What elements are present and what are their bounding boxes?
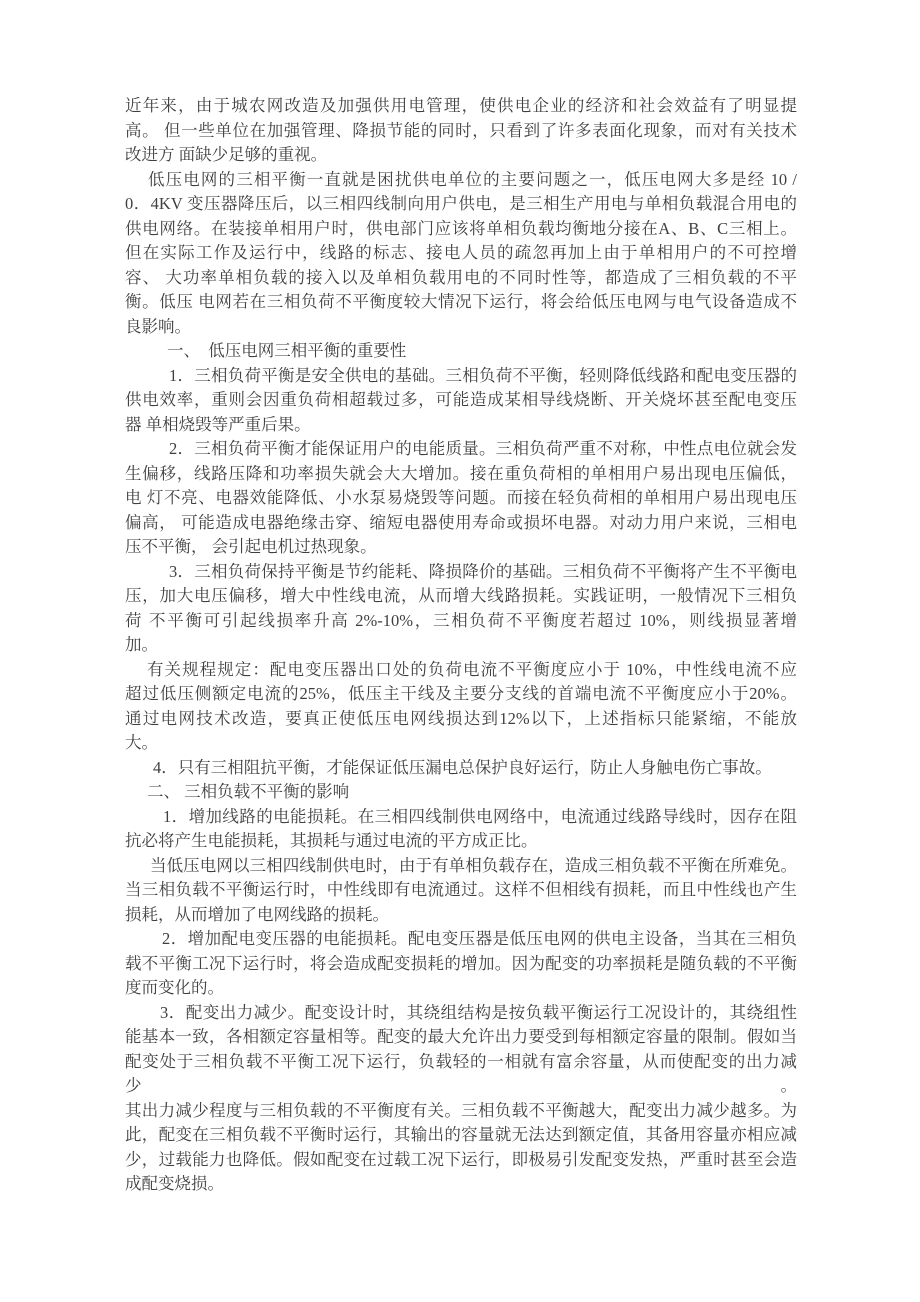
section-1-point-1: 1．三相负荷平衡是安全供电的基础。三相负荷不平衡，轻则降低线路和配电变压器的供电… <box>125 364 797 438</box>
section-1-regulations: 有关规程规定：配电变压器出口处的负荷电流不平衡度应小于 10%，中性线电流不应超… <box>125 658 797 756</box>
text-line: 压，加大电压偏移，增大中性线电流，从而增大线路损耗。实践证明，一般情况下三相负 <box>125 584 797 609</box>
text-line: 1．增加线路的电能损耗。在三相四线制供电网络中，电流通过线路导线时，因存在阻 <box>125 805 797 830</box>
text-line: 改进方 面缺少足够的重视。 <box>125 143 797 168</box>
text-line: 1．三相负荷平衡是安全供电的基础。三相负荷不平衡，轻则降低线路和配电变压器的 <box>125 364 797 389</box>
text-line: 抗必将产生电能损耗，其损耗与通过电流的平方成正比。 <box>125 829 797 854</box>
text-line: 配变处于三相负载不平衡工况下运行，负载轻的一相就有富余容量，从而使配变的出力减少… <box>125 1050 797 1099</box>
text-line: 但在实际工作及运行中，线路的标志、接电人员的疏忽再加上由于单相用户的不可控增 <box>125 241 797 266</box>
text-line: 供电网络。在装接单相用户时，供电部门应该将单相负载均衡地分接在A、B、C三相上。 <box>125 217 797 242</box>
intro-paragraph: 近年来，由于城农网改造及加强供用电管理，使供电企业的经济和社会效益有了明显提高。… <box>125 94 797 168</box>
section-1-point-2: 2．三相负荷平衡才能保证用户的电能质量。三相负荷严重不对称，中性点电位就会发生偏… <box>125 437 797 560</box>
text-line: 荷 不平衡可引起线损率升高 2%-10%，三相负荷不平衡度若超过 10%，则线损… <box>125 609 797 634</box>
text-line: 3．三相负荷保持平衡是节约能耗、降损降价的基础。三相负荷不平衡将产生不平衡电 <box>125 560 797 585</box>
text-line: 生偏移，线路压降和功率损失就会大大增加。接在重负荷相的单相用户易出现电压偏低， <box>125 462 797 487</box>
text-line: 电 灯不亮、电器效能降低、小水泵易烧毁等问题。而接在轻负荷相的单相用户易出现电压 <box>125 486 797 511</box>
section-2-point-2: 2．增加配电变压器的电能损耗。配电变压器是低压电网的供电主设备，当其在三相负载不… <box>125 927 797 1001</box>
text-line: 供电效率，重则会因重负荷相超载过多，可能造成某相导线烧断、开关烧坏甚至配电变压 <box>125 388 797 413</box>
section-1-point-3: 3．三相负荷保持平衡是节约能耗、降损降价的基础。三相负荷不平衡将产生不平衡电压，… <box>125 560 797 658</box>
text-line: 当三相负载不平衡运行时，中性线即有电流通过。这样不但相线有损耗，而且中性线也产生 <box>125 878 797 903</box>
text-line: 压不平衡， 会引起电机过热现象。 <box>125 535 797 560</box>
text-line: 通过电网技术改造，要真正使低压电网线损达到12%以下，上述指标只能紧缩，不能放 <box>125 707 797 732</box>
text-line: 偏高， 可能造成电器绝缘击穿、缩短电器使用寿命或损坏电器。对动力用户来说，三相电 <box>125 511 797 536</box>
text-line: 当低压电网以三相四线制供电时，由于有单相负载存在，造成三相负载不平衡在所难免。 <box>125 854 797 879</box>
background-paragraph: 低压电网的三相平衡一直就是困扰供电单位的主要问题之一，低压电网大多是经 10 /… <box>125 168 797 340</box>
text-line: 超过低压侧额定电流的25%，低压主干线及主要分支线的首端电流不平衡度应小于20%… <box>125 682 797 707</box>
text-line: 大。 <box>125 731 797 756</box>
text-line: 近年来，由于城农网改造及加强供用电管理，使供电企业的经济和社会效益有了明显提 <box>125 94 797 119</box>
text-line: 2．增加配电变压器的电能损耗。配电变压器是低压电网的供电主设备，当其在三相负 <box>125 927 797 952</box>
text-line: 载不平衡工况下运行时，将会造成配变损耗的增加。因为配变的功率损耗是随负载的不平衡 <box>125 952 797 977</box>
text-line: 有关规程规定：配电变压器出口处的负荷电流不平衡度应小于 10%，中性线电流不应 <box>125 658 797 683</box>
section-1-point-4: 4．只有三相阻抗平衡，才能保证低压漏电总保护良好运行，防止人身触电伤亡事故。 <box>125 756 797 781</box>
text-line: 器 单相烧毁等严重后果。 <box>125 413 797 438</box>
document-page: 近年来，由于城农网改造及加强供用电管理，使供电企业的经济和社会效益有了明显提高。… <box>0 0 920 1302</box>
text-line: 4．只有三相阻抗平衡，才能保证低压漏电总保护良好运行，防止人身触电伤亡事故。 <box>125 756 797 781</box>
text-line: 加。 <box>125 633 797 658</box>
document-body: 近年来，由于城农网改造及加强供用电管理，使供电企业的经济和社会效益有了明显提高。… <box>125 94 797 1197</box>
text-line: 容、 大功率单相负载的接入以及单相负载用电的不同时性等，都造成了三相负载的不平 <box>125 266 797 291</box>
text-line: 3．配变出力减少。配变设计时，其绕组结构是按负载平衡运行工况设计的，其绕组性 <box>125 1001 797 1026</box>
text-line: 其出力减少程度与三相负载的不平衡度有关。三相负载不平衡越大，配变出力减少越多。为 <box>125 1099 797 1124</box>
text-line: 2．三相负荷平衡才能保证用户的电能质量。三相负荷严重不对称，中性点电位就会发 <box>125 437 797 462</box>
section-1-heading: 一、 低压电网三相平衡的重要性 <box>125 339 797 364</box>
text-line: 二、 三相负载不平衡的影响 <box>125 780 797 805</box>
text-line: 能基本一致，各相额定容量相等。配变的最大允许出力要受到每相额定容量的限制。假如当 <box>125 1025 797 1050</box>
text-line: 成配变烧损。 <box>125 1172 797 1197</box>
text-line: 高。 但一些单位在加强管理、降损节能的同时，只看到了许多表面化现象，而对有关技术 <box>125 119 797 144</box>
section-2-point-3: 3．配变出力减少。配变设计时，其绕组结构是按负载平衡运行工况设计的，其绕组性能基… <box>125 1001 797 1197</box>
section-2-point-1: 1．增加线路的电能损耗。在三相四线制供电网络中，电流通过线路导线时，因存在阻抗必… <box>125 805 797 854</box>
text-line: 良影响。 <box>125 315 797 340</box>
text-line: 度而变化的。 <box>125 976 797 1001</box>
text-line: 低压电网的三相平衡一直就是困扰供电单位的主要问题之一，低压电网大多是经 10 / <box>125 168 797 193</box>
text-line: 此，配变在三相负载不平衡时运行，其输出的容量就无法达到额定值，其备用容量亦相应减 <box>125 1123 797 1148</box>
text-line: 衡。低压 电网若在三相负荷不平衡度较大情况下运行，将会给低压电网与电气设备造成不 <box>125 290 797 315</box>
text-line: 0．4KV 变压器降压后，以三相四线制向用户供电，是三相生产用电与单相负载混合用… <box>125 192 797 217</box>
text-line: 少，过载能力也降低。假如配变在过载工况下运行，即极易引发配变发热，严重时甚至会造 <box>125 1148 797 1173</box>
text-line: 损耗，从而增加了电网线路的损耗。 <box>125 903 797 928</box>
section-2-point-1-continued: 当低压电网以三相四线制供电时，由于有单相负载存在，造成三相负载不平衡在所难免。当… <box>125 854 797 928</box>
text-line: 一、 低压电网三相平衡的重要性 <box>125 339 797 364</box>
section-2-heading: 二、 三相负载不平衡的影响 <box>125 780 797 805</box>
